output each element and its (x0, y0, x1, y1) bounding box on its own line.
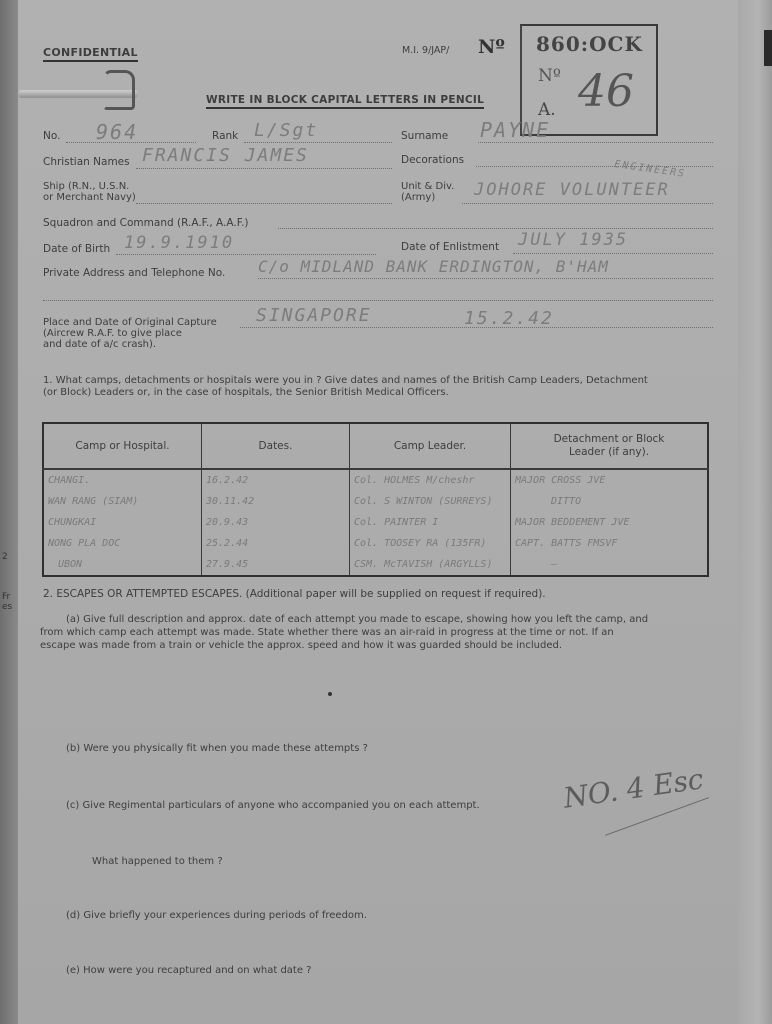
table-row: NONG PLA DOC 25.2.44 Col. TOOSEY RA (135… (43, 533, 708, 554)
cell-detachment-leader[interactable]: MAJOR CROSS JVE (511, 469, 709, 491)
ship-label-line2: or Merchant Navy) (43, 192, 136, 203)
rank-label: Rank (212, 130, 238, 142)
stamp-serial: 860:OCK (536, 32, 643, 56)
question-2a-line2: from which camp each attempt was made. S… (40, 627, 614, 639)
no-label: No. (43, 130, 60, 142)
dob-value[interactable]: 19.9.1910 (124, 233, 234, 253)
capture-place-value[interactable]: SINGAPORE (256, 305, 372, 326)
stamp-number-label: Nº (538, 66, 561, 86)
margin-mark: 2 (2, 552, 8, 562)
cell-camp[interactable]: WAN RANG (SIAM) (43, 491, 202, 512)
capture-label-line2: (Aircrew R.A.F. to give place (43, 328, 182, 339)
dob-line (116, 254, 376, 255)
enlistment-value[interactable]: JULY 1935 (518, 230, 628, 250)
christian-names-line (136, 168, 392, 169)
binder-edge-left: 2 Fr es (0, 0, 18, 1024)
cell-camp-leader[interactable]: Col. HOLMES M/cheshr (350, 469, 511, 491)
table-row: UBON 27.9.45 CSM. McTAVISH (ARGYLLS) — (43, 554, 708, 576)
cell-camp-leader[interactable]: Col. S WINTON (SURREYS) (350, 491, 511, 512)
cell-dates[interactable]: 20.9.43 (202, 512, 350, 533)
question-2e: (e) How were you recaptured and on what … (66, 965, 312, 977)
cell-detachment-leader[interactable]: — (511, 554, 709, 576)
question-2a-line1: (a) Give full description and approx. da… (66, 614, 648, 626)
unit-value-extra[interactable]: ENGINEERS (614, 159, 687, 180)
christian-names-value[interactable]: FRANCIS JAMES (142, 145, 309, 166)
question-2b: (b) Were you physically fit when you mad… (66, 743, 368, 755)
ship-label: Ship (R.N., U.S.N.or Merchant Navy) (43, 181, 136, 203)
question-1-line2: (or Block) Leaders or, in the case of ho… (43, 387, 449, 399)
cell-detachment-leader[interactable]: MAJOR BEDDEMENT JVE (511, 512, 709, 533)
margin-mark: Fr (2, 592, 10, 602)
header-camp-leader: Camp Leader. (350, 423, 511, 469)
decorations-label: Decorations (401, 154, 464, 166)
question-2a-line3: escape was made from a train or vehicle … (40, 640, 562, 652)
question-2-title: 2. ESCAPES OR ATTEMPTED ESCAPES. (Additi… (43, 588, 546, 600)
capture-label-line1: Place and Date of Original Capture (43, 317, 217, 328)
rank-value[interactable]: L/Sgt (254, 120, 318, 141)
header-dates: Dates. (202, 423, 350, 469)
question-2c: (c) Give Regimental particulars of anyon… (66, 800, 480, 812)
unit-label-line1: Unit & Div. (401, 181, 454, 192)
capture-label: Place and Date of Original Capture(Aircr… (43, 317, 217, 350)
camps-table: Camp or Hospital. Dates. Camp Leader. De… (42, 422, 709, 577)
header-detachment-leader: Detachment or Block Leader (if any). (511, 423, 709, 469)
ink-dot (328, 692, 332, 696)
squadron-line (278, 228, 713, 229)
cell-detachment-leader[interactable]: DITTO (511, 491, 709, 512)
cell-dates[interactable]: 25.2.44 (202, 533, 350, 554)
enlistment-label: Date of Enlistment (401, 241, 499, 253)
cell-camp-leader[interactable]: Col. PAINTER I (350, 512, 511, 533)
unit-value[interactable]: JOHORE VOLUNTEER (474, 180, 670, 200)
rank-line (244, 142, 392, 143)
cell-camp[interactable]: NONG PLA DOC (43, 533, 202, 554)
ship-label-line1: Ship (R.N., U.S.N. (43, 181, 129, 192)
capture-label-line3: and date of a/c crash). (43, 339, 156, 350)
cell-dates[interactable]: 27.9.45 (202, 554, 350, 576)
capture-date-value[interactable]: 15.2.42 (464, 308, 554, 329)
table-row: CHUNGKAI 20.9.43 Col. PAINTER I MAJOR BE… (43, 512, 708, 533)
document-page: CONFIDENTIAL M.I. 9/JAP/ Nº 860:OCK Nº 4… (18, 0, 738, 1024)
enlistment-line (513, 253, 713, 254)
margin-mark: es (2, 602, 12, 612)
cell-camp[interactable]: CHANGI. (43, 469, 202, 491)
unit-line (462, 203, 713, 204)
folder-tab (764, 30, 772, 66)
header-camp: Camp or Hospital. (43, 423, 202, 469)
address-value[interactable]: C/o MIDLAND BANK ERDINGTON, B'HAM (258, 257, 609, 276)
dob-label: Date of Birth (43, 243, 110, 255)
stamp-suffix: A. (538, 100, 556, 120)
table-row: WAN RANG (SIAM) 30.11.42 Col. S WINTON (… (43, 491, 708, 512)
unit-label-line2: (Army) (401, 192, 435, 203)
address-label: Private Address and Telephone No. (43, 267, 225, 279)
cell-camp[interactable]: UBON (43, 554, 202, 576)
binding-clip-icon (103, 70, 135, 110)
cell-camp-leader[interactable]: CSM. McTAVISH (ARGYLLS) (350, 554, 511, 576)
table-row: CHANGI. 16.2.42 Col. HOLMES M/cheshr MAJ… (43, 469, 708, 491)
question-2d: (d) Give briefly your experiences during… (66, 910, 367, 922)
form-number-label: Nº (478, 36, 505, 58)
question-1-line1: 1. What camps, detachments or hospitals … (43, 375, 648, 387)
address-line (258, 278, 713, 279)
no-value[interactable]: 964 (96, 120, 138, 144)
unit-label: Unit & Div.(Army) (401, 181, 454, 203)
form-reference: M.I. 9/JAP/ (402, 45, 449, 56)
surname-label: Surname (401, 130, 448, 142)
surname-line (478, 142, 713, 143)
confidential-heading: CONFIDENTIAL (43, 46, 138, 62)
christian-names-label: Christian Names (43, 156, 130, 168)
question-2c-followup: What happened to them ? (92, 856, 223, 868)
squadron-label: Squadron and Command (R.A.F., A.A.F.) (43, 217, 249, 229)
cell-dates[interactable]: 16.2.42 (202, 469, 350, 491)
cell-dates[interactable]: 30.11.42 (202, 491, 350, 512)
stamp-handwritten-number: 46 (578, 66, 634, 117)
ship-line (136, 203, 392, 204)
cell-detachment-leader[interactable]: CAPT. BATTS FMSVF (511, 533, 709, 554)
surname-value[interactable]: PAYNE (480, 118, 550, 142)
address-line-2 (43, 300, 713, 301)
camps-table-header: Camp or Hospital. Dates. Camp Leader. De… (43, 423, 708, 469)
binder-edge-right (737, 0, 772, 1024)
cell-camp-leader[interactable]: Col. TOOSEY RA (135FR) (350, 533, 511, 554)
cell-camp[interactable]: CHUNGKAI (43, 512, 202, 533)
instruction-heading: WRITE IN BLOCK CAPITAL LETTERS IN PENCIL (206, 94, 484, 109)
